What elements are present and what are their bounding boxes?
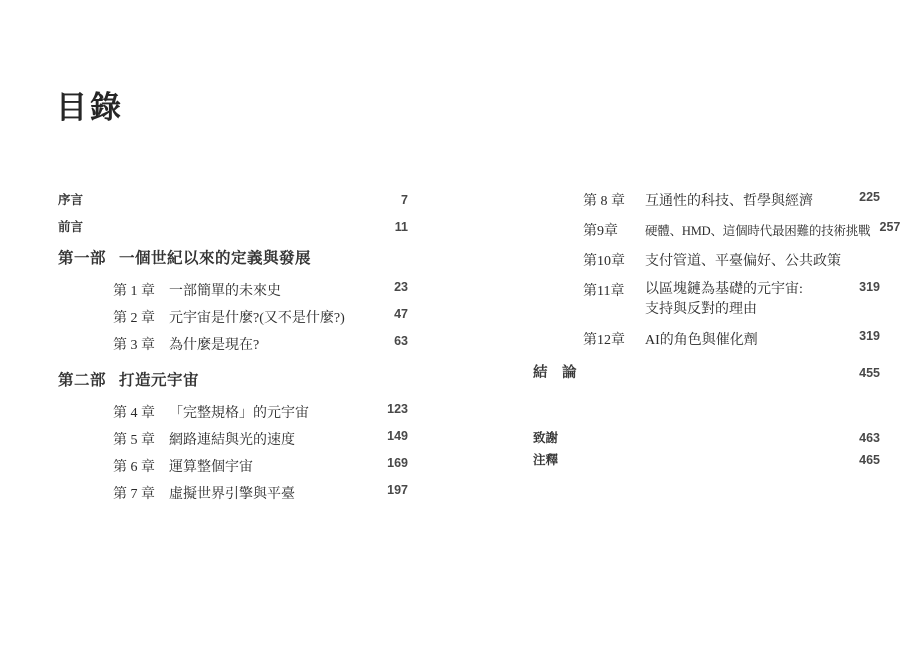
entry-page-number: 463 bbox=[859, 431, 880, 445]
chapter-label: 第12章 bbox=[583, 329, 637, 349]
chapter-page-number: 257 bbox=[870, 220, 900, 234]
chapter-label: 第 2 章 bbox=[113, 307, 161, 327]
chapter-page-number: 47 bbox=[378, 307, 408, 321]
chapter-label: 第11章 bbox=[583, 280, 637, 300]
entry-label: 注釋 bbox=[533, 450, 558, 468]
entry-label: 結 論 bbox=[533, 361, 577, 382]
chapter-title: 元宇宙是什麼?(又不是什麼?) bbox=[169, 307, 378, 327]
chapter-title: 支付管道、平臺偏好、公共政策 bbox=[645, 250, 850, 270]
chapter-page-number: 123 bbox=[378, 402, 408, 416]
toc-entry-preface: 序言 7 bbox=[58, 190, 408, 205]
chapter-title: 運算整個宇宙 bbox=[169, 456, 378, 476]
entry-page-number: 455 bbox=[859, 366, 880, 380]
chapter-title: 一部簡單的未來史 bbox=[169, 280, 378, 300]
chapter-title-line-1: 以區塊鏈為基礎的元宇宙: bbox=[645, 282, 803, 297]
toc-chapter-row: 第 7 章 虛擬世界引擎與平臺 197 bbox=[113, 483, 408, 503]
chapter-label: 第 5 章 bbox=[113, 429, 161, 449]
part-2-heading: 第二部 打造元宇宙 bbox=[58, 368, 408, 389]
chapter-label: 第 3 章 bbox=[113, 334, 161, 354]
chapter-title-line-2: 支持與反對的理由 bbox=[645, 300, 850, 319]
entry-page-number: 7 bbox=[401, 193, 408, 207]
chapter-page-number: 23 bbox=[378, 280, 408, 294]
toc-chapter-row: 第 2 章 元宇宙是什麼?(又不是什麼?) 47 bbox=[113, 307, 408, 327]
toc-chapter-row: 第 8 章 互通性的科技、哲學與經濟 225 bbox=[583, 190, 880, 210]
chapter-title: 「完整規格」的元宇宙 bbox=[169, 402, 378, 422]
toc-chapter-row: 第10章 支付管道、平臺偏好、公共政策 bbox=[583, 250, 880, 270]
chapter-label: 第9章 bbox=[583, 220, 637, 240]
entry-page-number: 11 bbox=[395, 220, 408, 234]
entry-label: 致謝 bbox=[533, 428, 558, 446]
chapter-label: 第10章 bbox=[583, 250, 637, 270]
part-1-heading: 第一部 一個世紀以來的定義與發展 bbox=[58, 246, 408, 267]
part-1-chapters: 第 1 章 一部簡單的未來史 23 第 2 章 元宇宙是什麼?(又不是什麼?) … bbox=[113, 280, 408, 354]
chapter-label: 第 8 章 bbox=[583, 190, 637, 210]
chapter-title: 為什麼是現在? bbox=[169, 334, 378, 354]
toc-chapter-row: 第9章 硬體、HMD、這個時代最困難的技術挑戰 257 bbox=[583, 220, 880, 240]
chapter-page-number: 225 bbox=[850, 190, 880, 204]
chapter-title: 以區塊鏈為基礎的元宇宙:支持與反對的理由 bbox=[645, 280, 850, 319]
toc-entry-conclusion: 結 論 455 bbox=[533, 361, 880, 379]
toc-entry-foreword: 前言 11 bbox=[58, 217, 408, 232]
toc-entry-notes: 注釋 465 bbox=[533, 450, 880, 465]
chapter-label: 第 6 章 bbox=[113, 456, 161, 476]
chapter-label: 第 1 章 bbox=[113, 280, 161, 300]
chapter-label: 第 4 章 bbox=[113, 402, 161, 422]
entry-page-number: 465 bbox=[859, 453, 880, 467]
part-title: 打造元宇宙 bbox=[119, 368, 199, 390]
part-title: 一個世紀以來的定義與發展 bbox=[119, 246, 311, 268]
toc-chapter-row: 第11章 以區塊鏈為基礎的元宇宙:支持與反對的理由 319 bbox=[583, 280, 880, 319]
page-title: 目錄 bbox=[56, 82, 124, 127]
toc-right-column: 第 8 章 互通性的科技、哲學與經濟 225 第9章 硬體、HMD、這個時代最困… bbox=[533, 190, 880, 472]
back-matter: 致謝 463 注釋 465 bbox=[533, 428, 880, 465]
part-label: 第一部 bbox=[58, 246, 106, 268]
toc-left-column: 序言 7 前言 11 第一部 一個世紀以來的定義與發展 第 1 章 一部簡單的未… bbox=[58, 190, 408, 510]
toc-chapter-row: 第 6 章 運算整個宇宙 169 bbox=[113, 456, 408, 476]
chapter-page-number: 197 bbox=[378, 483, 408, 497]
chapter-title: 硬體、HMD、這個時代最困難的技術挑戰 bbox=[645, 220, 870, 239]
part-label: 第二部 bbox=[58, 368, 106, 390]
toc-entry-acknowledgements: 致謝 463 bbox=[533, 428, 880, 443]
chapter-title: 網路連結與光的速度 bbox=[169, 429, 378, 449]
entry-label: 序言 bbox=[58, 190, 83, 208]
toc-chapter-row: 第 5 章 網路連結與光的速度 149 bbox=[113, 429, 408, 449]
chapter-title: 虛擬世界引擎與平臺 bbox=[169, 483, 378, 503]
chapter-page-number: 149 bbox=[378, 429, 408, 443]
chapter-title: AI的角色與催化劑 bbox=[645, 329, 850, 349]
chapter-page-number: 63 bbox=[378, 334, 408, 348]
toc-chapter-row: 第 4 章 「完整規格」的元宇宙 123 bbox=[113, 402, 408, 422]
toc-chapter-row: 第 1 章 一部簡單的未來史 23 bbox=[113, 280, 408, 300]
toc-chapter-row: 第 3 章 為什麼是現在? 63 bbox=[113, 334, 408, 354]
chapter-page-number: 169 bbox=[378, 456, 408, 470]
chapter-title: 互通性的科技、哲學與經濟 bbox=[645, 190, 850, 210]
chapter-label: 第 7 章 bbox=[113, 483, 161, 503]
book-toc-page: 目錄 序言 7 前言 11 第一部 一個世紀以來的定義與發展 第 1 章 一部簡… bbox=[0, 0, 917, 653]
chapter-page-number: 319 bbox=[850, 329, 880, 343]
chapter-page-number: 319 bbox=[850, 280, 880, 294]
part-3-chapters: 第 8 章 互通性的科技、哲學與經濟 225 第9章 硬體、HMD、這個時代最困… bbox=[583, 190, 880, 349]
part-2-chapters: 第 4 章 「完整規格」的元宇宙 123 第 5 章 網路連結與光的速度 149… bbox=[113, 402, 408, 503]
entry-label: 前言 bbox=[58, 217, 83, 235]
toc-chapter-row: 第12章 AI的角色與催化劑 319 bbox=[583, 329, 880, 349]
